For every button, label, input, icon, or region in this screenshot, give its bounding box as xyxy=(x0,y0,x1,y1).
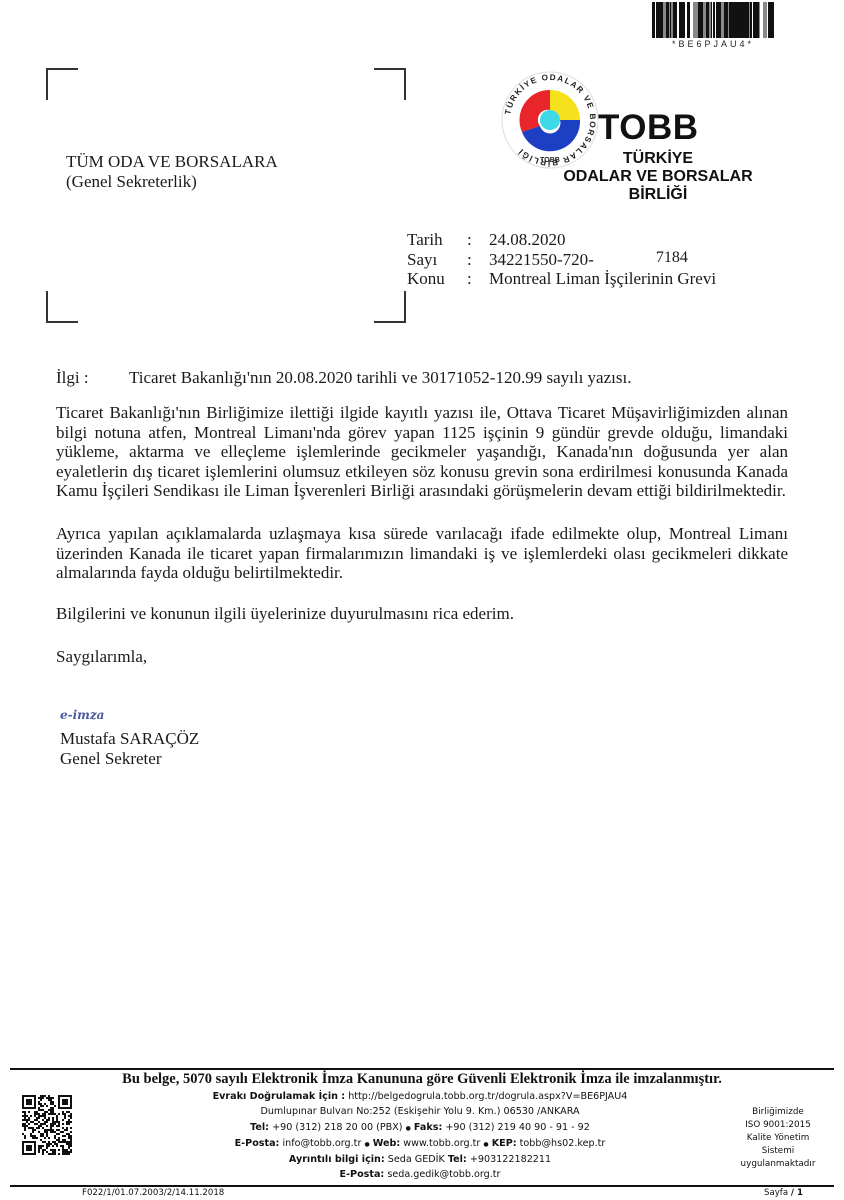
page-label: Sayfa xyxy=(764,1188,788,1198)
contact-email-label: E-Posta: xyxy=(340,1169,385,1180)
footer-bottom-divider xyxy=(10,1185,834,1187)
number-label: Sayı xyxy=(407,250,467,270)
contact-person-line: Ayrıntılı bilgi için: Seda GEDİK Tel: +9… xyxy=(120,1152,720,1167)
bullet: ● xyxy=(483,1141,488,1148)
e-signature-mark: e-imza xyxy=(60,708,104,722)
address-line: Dumlupınar Bulvarı No:252 (Eskişehir Yol… xyxy=(120,1104,720,1119)
contact-email-line: E-Posta: seda.gedik@tobb.org.tr xyxy=(120,1167,720,1182)
verify-label: Evrakı Doğrulamak İçin : xyxy=(213,1091,346,1102)
body-paragraph: Bilgilerini ve konunun ilgili üyeleriniz… xyxy=(56,604,788,624)
address-window-corner xyxy=(46,291,78,323)
reference-label: İlgi : xyxy=(56,368,129,388)
iso-line: Birliğimizde xyxy=(728,1106,828,1119)
logo-title: TOBB xyxy=(598,108,699,148)
contact-tel-label: Tel: xyxy=(448,1154,467,1165)
contact-email-link[interactable]: seda.gedik@tobb.org.tr xyxy=(387,1169,500,1180)
separator: : xyxy=(467,230,489,250)
recipient-line-1: TÜM ODA VE BORSALARA xyxy=(66,152,278,172)
meta-subject-row: Konu : Montreal Liman İşçilerinin Grevi xyxy=(407,269,716,289)
body-paragraph: Ticaret Bakanlığı'nın Birliğimize iletti… xyxy=(56,403,788,501)
number-value: 34221550-720- xyxy=(489,250,594,270)
date-label: Tarih xyxy=(407,230,467,250)
kep-link[interactable]: tobb@hs02.kep.tr xyxy=(520,1138,606,1149)
barcode-text: *BE6PJAU4* xyxy=(640,39,786,49)
separator: : xyxy=(467,269,489,289)
bullet: ● xyxy=(406,1125,411,1132)
separator: : xyxy=(467,250,489,270)
signer-block: Mustafa SARAÇÖZ Genel Sekreter xyxy=(60,729,199,769)
iso-line: ISO 9001:2015 xyxy=(728,1119,828,1132)
number-suffix: 7184 xyxy=(656,248,688,268)
verify-line: Evrakı Doğrulamak İçin : http://belgedog… xyxy=(120,1089,720,1104)
fax-value: +90 (312) 219 40 90 - 91 - 92 xyxy=(445,1122,590,1133)
footer-divider xyxy=(10,1068,834,1070)
meta-number-row: Sayı : 34221550-720- 7184 xyxy=(407,250,716,270)
phone-line: Tel: +90 (312) 218 20 00 (PBX) ● Faks: +… xyxy=(120,1120,720,1136)
qr-code-icon xyxy=(22,1095,74,1155)
footer-contact-block: Evrakı Doğrulamak İçin : http://belgedog… xyxy=(120,1089,720,1183)
web-link[interactable]: www.tobb.org.tr xyxy=(403,1138,480,1149)
address-window-corner xyxy=(374,291,406,323)
kep-label: KEP: xyxy=(492,1138,517,1149)
document-meta: Tarih : 24.08.2020 Sayı : 34221550-720- … xyxy=(407,230,716,289)
body-paragraph: Ayrıca yapılan açıklamalarda uzlaşmaya k… xyxy=(56,524,788,583)
page-value: / 1 xyxy=(791,1188,803,1198)
reference-line: İlgi : Ticaret Bakanlığı'nın 20.08.2020 … xyxy=(56,368,631,388)
address-window-corner xyxy=(374,68,406,100)
logo-subtitle-line: ODALAR VE BORSALAR xyxy=(548,168,768,186)
fax-label: Faks: xyxy=(414,1122,442,1133)
iso-line: Sistemi xyxy=(728,1145,828,1158)
signer-name: Mustafa SARAÇÖZ xyxy=(60,729,199,749)
signer-title: Genel Sekreter xyxy=(60,749,199,769)
document-barcode xyxy=(652,2,774,38)
email-label: E-Posta: xyxy=(235,1138,280,1149)
email-link[interactable]: info@tobb.org.tr xyxy=(282,1138,361,1149)
tel-label: Tel: xyxy=(250,1122,269,1133)
form-code: F022/1/01.07.2003/2/14.11.2018 xyxy=(82,1188,224,1198)
logo-subtitle-line: BİRLİĞİ xyxy=(548,186,768,204)
subject-label: Konu xyxy=(407,269,467,289)
recipient-line-2: (Genel Sekreterlik) xyxy=(66,172,278,192)
contact-name: Seda GEDİK xyxy=(388,1154,445,1165)
e-signature-legal-notice: Bu belge, 5070 sayılı Elektronik İmza Ka… xyxy=(0,1071,844,1088)
date-value: 24.08.2020 xyxy=(489,230,566,250)
iso-line: Kalite Yönetim xyxy=(728,1132,828,1145)
contact-tel-value: +903122182211 xyxy=(470,1154,551,1165)
web-label: Web: xyxy=(373,1138,400,1149)
recipient-block: TÜM ODA VE BORSALARA (Genel Sekreterlik) xyxy=(66,152,278,192)
iso-line: uygulanmaktadır xyxy=(728,1158,828,1171)
bullet: ● xyxy=(364,1141,369,1148)
logo-subtitle-line: TÜRKİYE xyxy=(548,150,768,168)
verify-link[interactable]: http://belgedogrula.tobb.org.tr/dogrula.… xyxy=(348,1091,627,1102)
address-window-corner xyxy=(46,68,78,100)
contact-label: Ayrıntılı bilgi için: xyxy=(289,1154,385,1165)
logo-subtitle: TÜRKİYE ODALAR VE BORSALAR BİRLİĞİ xyxy=(548,150,768,204)
iso-certification-note: Birliğimizde ISO 9001:2015 Kalite Yöneti… xyxy=(728,1106,828,1171)
online-contact-line: E-Posta: info@tobb.org.tr ● Web: www.tob… xyxy=(120,1136,720,1152)
closing-salutation: Saygılarımla, xyxy=(56,647,788,667)
page-number: Sayfa / 1 xyxy=(764,1188,803,1198)
subject-value: Montreal Liman İşçilerinin Grevi xyxy=(489,269,716,289)
tel-value: +90 (312) 218 20 00 (PBX) xyxy=(272,1122,402,1133)
reference-text: Ticaret Bakanlığı'nın 20.08.2020 tarihli… xyxy=(129,368,631,388)
